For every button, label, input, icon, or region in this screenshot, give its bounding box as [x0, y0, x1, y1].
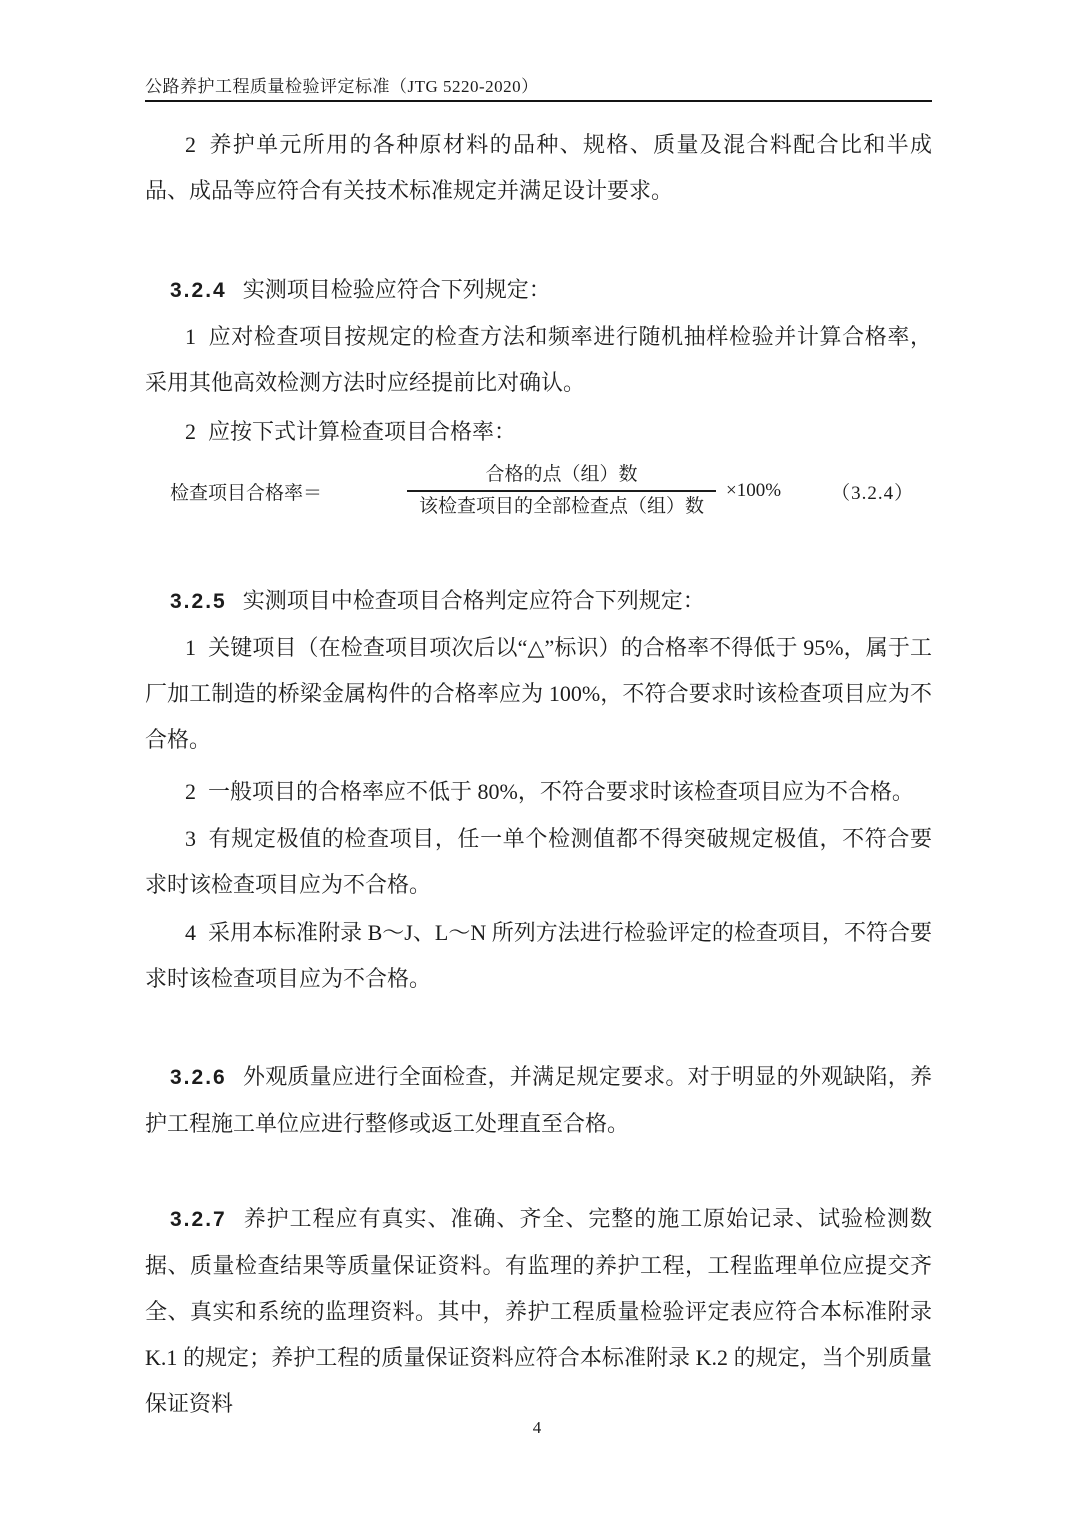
paragraph-materials: 2养护单元所用的各种原材料的品种、规格、质量及混合料配合比和半成品、成品等应符合… — [145, 122, 932, 214]
item-number: 2 — [185, 419, 196, 444]
item-number: 1 — [185, 324, 196, 349]
paragraph-number: 2 — [185, 132, 196, 157]
clause-3-2-5-heading: 3.2.5实测项目中检查项目合格判定应符合下列规定： — [145, 578, 932, 625]
clause-3-2-7: 3.2.7养护工程应有真实、准确、齐全、完整的施工原始记录、试验检测数据、质量检… — [145, 1196, 932, 1427]
clause-number: 3.2.7 — [170, 1208, 227, 1231]
clause-number: 3.2.4 — [170, 279, 227, 302]
page-number: 4 — [0, 1418, 1074, 1438]
clause-text: 外观质量应进行全面检查，并满足规定要求。对于明显的外观缺陷，养护工程施工单位应进… — [145, 1064, 932, 1136]
clause-3-2-5-item-3: 3有规定极值的检查项目，任一单个检测值都不得突破规定极值，不符合要求时该检查项目… — [145, 816, 932, 908]
clause-3-2-5-item-2: 2一般项目的合格率应不低于 80%，不符合要求时该检查项目应为不合格。 — [145, 769, 932, 815]
clause-3-2-4-item-1: 1应对检查项目按规定的检查方法和频率进行随机抽样检验并计算合格率，采用其他高效检… — [145, 314, 932, 406]
clause-title: 实测项目检验应符合下列规定： — [243, 277, 551, 302]
item-text: 有规定极值的检查项目，任一单个检测值都不得突破规定极值，不符合要求时该检查项目应… — [145, 826, 932, 897]
document-body: 2养护单元所用的各种原材料的品种、规格、质量及混合料配合比和半成品、成品等应符合… — [145, 122, 932, 1427]
clause-number: 3.2.6 — [170, 1066, 227, 1089]
clause-text: 养护工程应有真实、准确、齐全、完整的施工原始记录、试验检测数据、质量检查结果等质… — [145, 1206, 932, 1416]
clause-3-2-6: 3.2.6外观质量应进行全面检查，并满足规定要求。对于明显的外观缺陷，养护工程施… — [145, 1054, 932, 1147]
paragraph-text: 养护单元所用的各种原材料的品种、规格、质量及混合料配合比和半成品、成品等应符合有… — [145, 132, 932, 203]
formula-multiplier: ×100% — [726, 480, 781, 502]
clause-3-2-5-item-4: 4采用本标准附录 B～J、L～N 所列方法进行检验评定的检查项目，不符合要求时该… — [145, 910, 932, 1002]
clause-title: 实测项目中检查项目合格判定应符合下列规定： — [243, 588, 705, 613]
document-page: 公路养护工程质量检验评定标准（JTG 5220-2020） 2养护单元所用的各种… — [0, 0, 1074, 1520]
header-divider — [145, 100, 932, 102]
formula-pass-rate: 检查项目合格率＝ 合格的点（组）数 该检查项目的全部检查点（组）数 ×100% … — [145, 459, 932, 523]
item-number: 4 — [185, 920, 196, 945]
formula-denominator: 该检查项目的全部检查点（组）数 — [407, 490, 716, 522]
formula-lhs: 检查项目合格率＝ — [170, 478, 322, 505]
clause-3-2-4-item-2: 2应按下式计算检查项目合格率： — [145, 409, 932, 455]
item-text: 关键项目（在检查项目项次后以“△”标识）的合格率不得低于 95%，属于工厂加工制… — [145, 635, 932, 752]
item-number: 3 — [185, 826, 196, 851]
running-header-title: 公路养护工程质量检验评定标准（JTG 5220-2020） — [145, 72, 932, 97]
clause-3-2-5-item-1: 1关键项目（在检查项目项次后以“△”标识）的合格率不得低于 95%，属于工厂加工… — [145, 625, 932, 763]
clause-3-2-4-heading: 3.2.4实测项目检验应符合下列规定： — [145, 267, 932, 314]
formula-numerator: 合格的点（组）数 — [474, 460, 650, 490]
item-text: 应对检查项目按规定的检查方法和频率进行随机抽样检验并计算合格率，采用其他高效检测… — [145, 324, 932, 395]
formula-fraction: 合格的点（组）数 该检查项目的全部检查点（组）数 — [407, 460, 716, 522]
item-text: 一般项目的合格率应不低于 80%，不符合要求时该检查项目应为不合格。 — [208, 779, 914, 804]
item-text: 应按下式计算检查项目合格率： — [208, 419, 516, 444]
formula-equation-number: （3.2.4） — [831, 478, 914, 505]
item-number: 2 — [185, 779, 196, 804]
item-number: 1 — [185, 635, 196, 660]
item-text: 采用本标准附录 B～J、L～N 所列方法进行检验评定的检查项目，不符合要求时该检… — [145, 920, 932, 991]
clause-number: 3.2.5 — [170, 590, 227, 613]
